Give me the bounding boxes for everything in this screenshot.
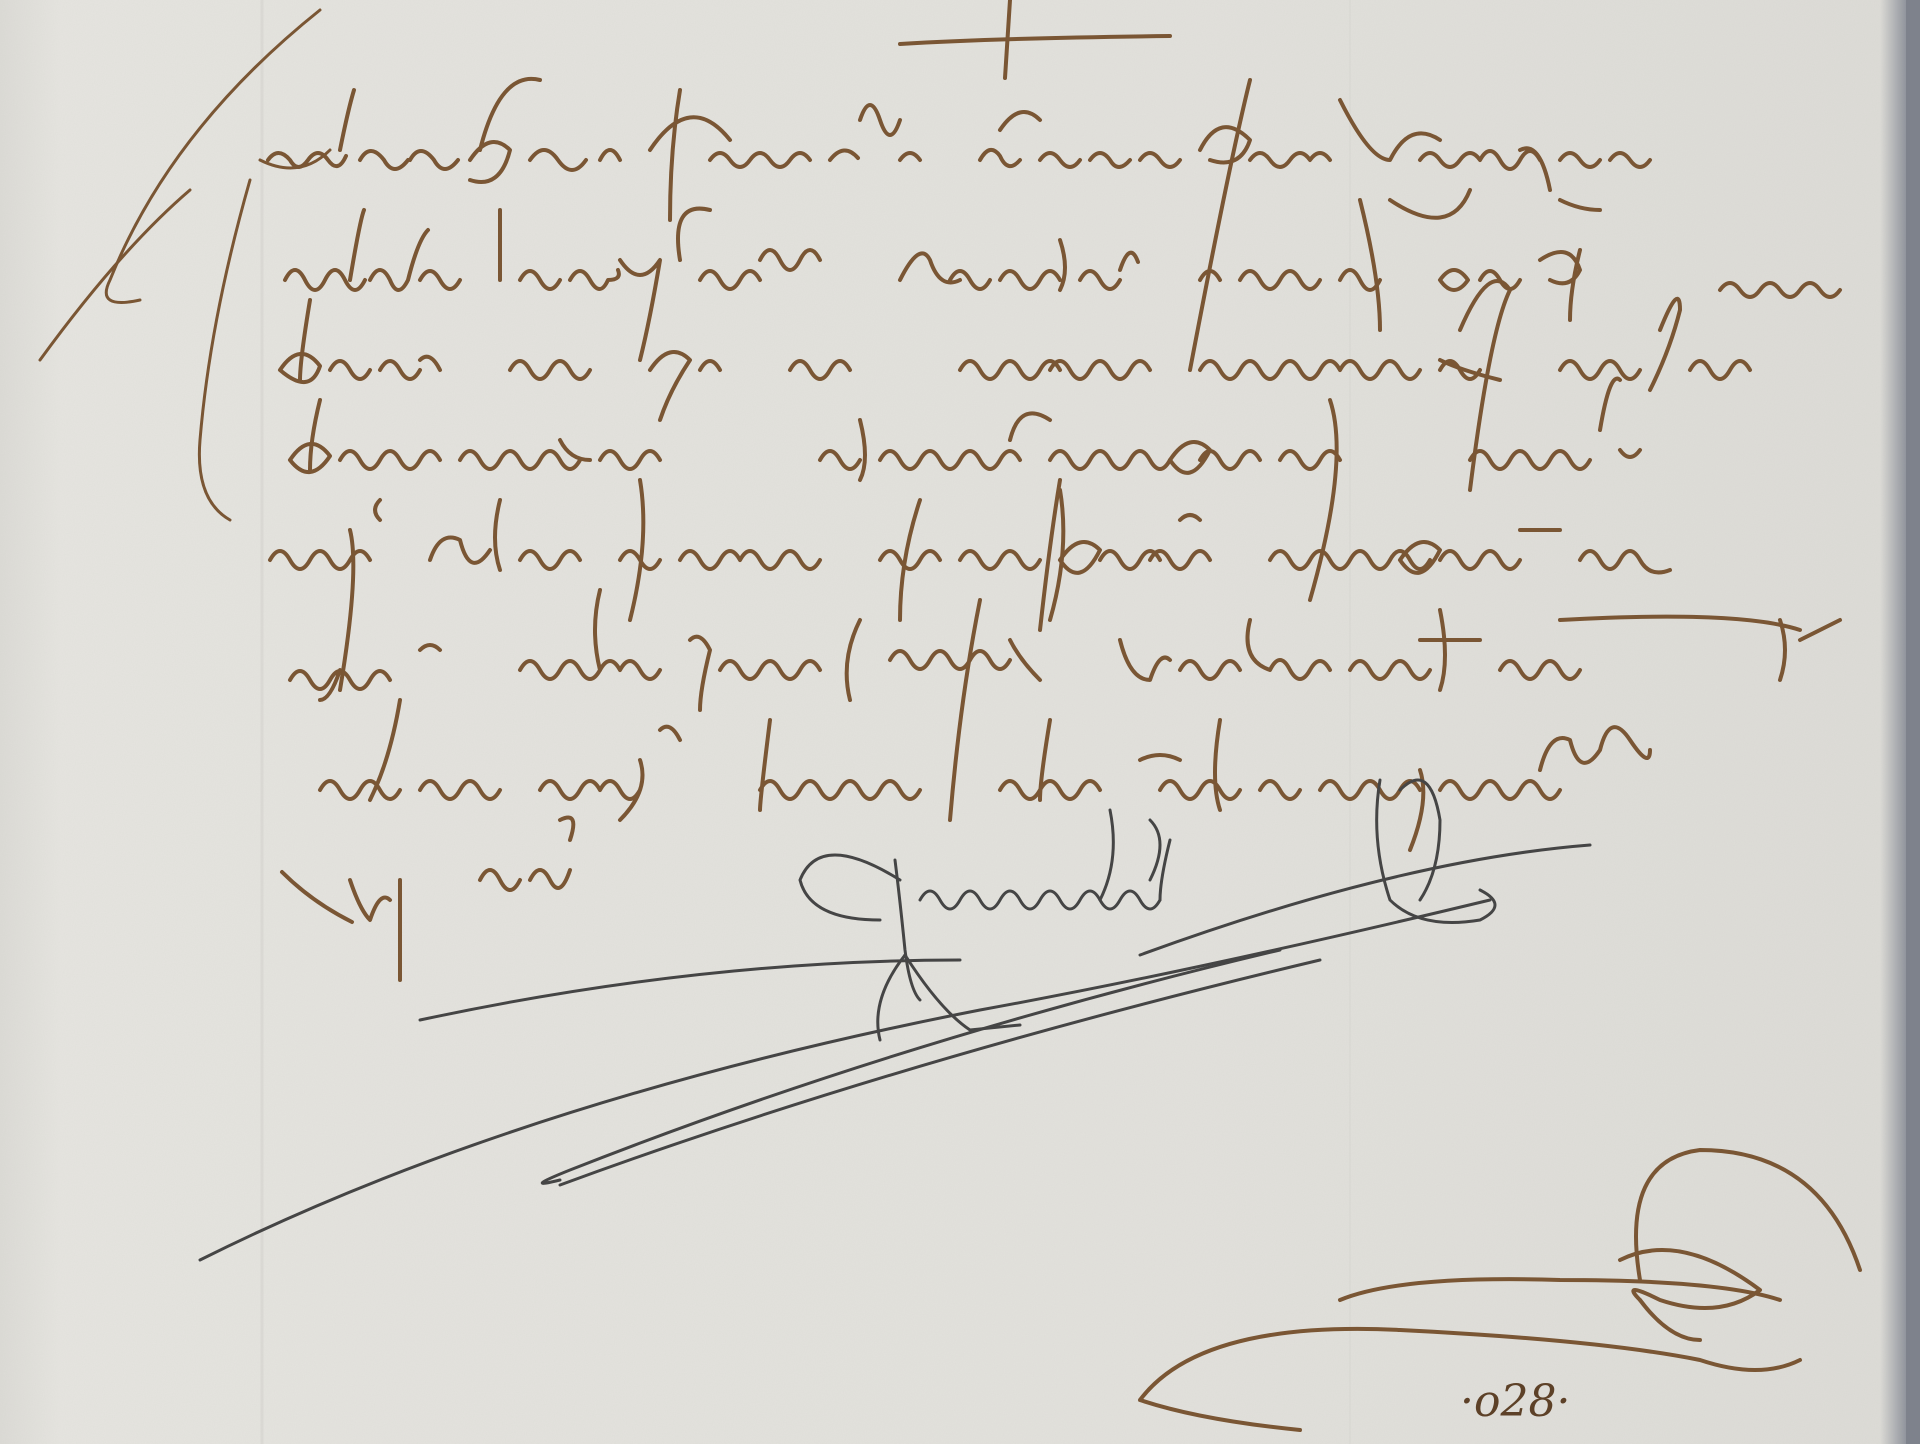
svg-text:·o28·: ·o28·	[1460, 1376, 1570, 1427]
text-line-2	[285, 190, 1840, 360]
text-line-6	[290, 590, 1840, 820]
signature-henmbaddl	[200, 780, 1590, 1260]
manuscript-page: ·o28· Para lo que ... dellos ... de ... …	[0, 0, 1920, 1444]
text-line-8	[282, 818, 573, 981]
text-line-7	[320, 700, 1650, 850]
top-cross-mark	[900, 0, 1170, 78]
initial-flourish	[40, 10, 330, 520]
bottom-number-mark: ·o28·	[1460, 1376, 1570, 1427]
handwriting-ink: ·o28·	[0, 0, 1920, 1444]
text-line-1	[268, 79, 1650, 370]
text-line-4	[290, 360, 1640, 600]
page-edge-border	[1906, 0, 1920, 1444]
